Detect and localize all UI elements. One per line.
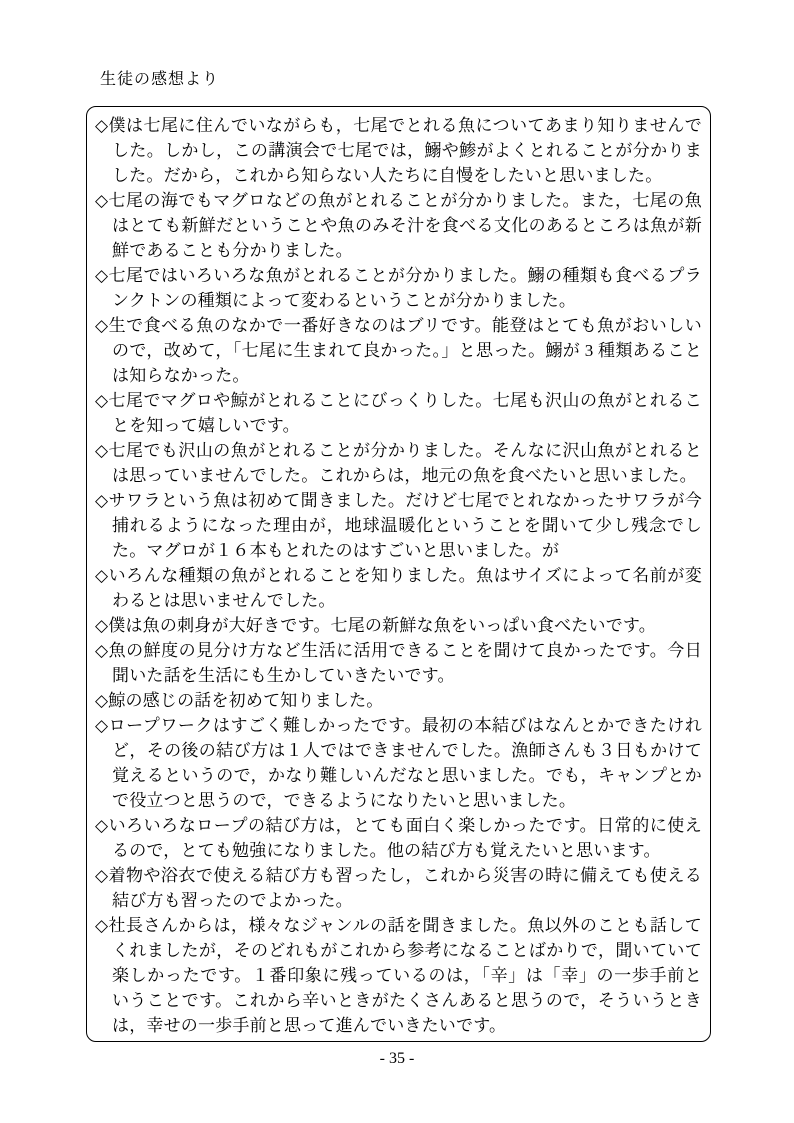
feedback-item: ◇生で食べる魚のなかで一番好きなのはブリです。能登はとても魚がおいしいので，改め… bbox=[95, 313, 702, 388]
feedback-item: ◇七尾でも沢山の魚がとれることが分かりました。そんなに沢山魚がとれるとは思ってい… bbox=[95, 438, 702, 488]
feedback-box: ◇僕は七尾に住んでいながらも，七尾でとれる魚についてあまり知りませんでした。しか… bbox=[86, 106, 711, 1042]
feedback-item: ◇社長さんからは，様々なジャンルの話を聞きました。魚以外のことも話してくれました… bbox=[95, 913, 702, 1038]
feedback-item: ◇七尾ではいろいろな魚がとれることが分かりました。鰯の種類も食べるプランクトンの… bbox=[95, 263, 702, 313]
document-page: 生徒の感想より ◇僕は七尾に住んでいながらも，七尾でとれる魚についてあまり知りま… bbox=[0, 0, 794, 1123]
feedback-item: ◇ロープワークはすごく難しかったです。最初の本結びはなんとかできたけれど，その後… bbox=[95, 713, 702, 813]
feedback-item: ◇いろいろなロープの結び方は，とても面白く楽しかったです。日常的に使えるので，と… bbox=[95, 813, 702, 863]
page-number: - 35 - bbox=[0, 1050, 794, 1068]
feedback-item: ◇七尾の海でもマグロなどの魚がとれることが分かりました。また，七尾の魚はとても新… bbox=[95, 188, 702, 263]
feedback-item: ◇魚の鮮度の見分け方など生活に活用できることを聞けて良かったです。今日聞いた話を… bbox=[95, 638, 702, 688]
feedback-item: ◇七尾でマグロや鯨がとれることにびっくりした。七尾も沢山の魚がとれることを知って… bbox=[95, 388, 702, 438]
page-title: 生徒の感想より bbox=[100, 66, 219, 89]
feedback-item: ◇着物や浴衣で使える結び方も習ったし，これから災害の時に備えても使える結び方も習… bbox=[95, 863, 702, 913]
feedback-item: ◇いろんな種類の魚がとれることを知りました。魚はサイズによって名前が変わるとは思… bbox=[95, 563, 702, 613]
feedback-item: ◇サワラという魚は初めて聞きました。だけど七尾でとれなかったサワラが今捕れるよう… bbox=[95, 488, 702, 563]
feedback-item: ◇鯨の感じの話を初めて知りました。 bbox=[95, 688, 702, 713]
feedback-item: ◇僕は魚の刺身が大好きです。七尾の新鮮な魚をいっぱい食べたいです。 bbox=[95, 613, 702, 638]
feedback-item: ◇僕は七尾に住んでいながらも，七尾でとれる魚についてあまり知りませんでした。しか… bbox=[95, 113, 702, 188]
